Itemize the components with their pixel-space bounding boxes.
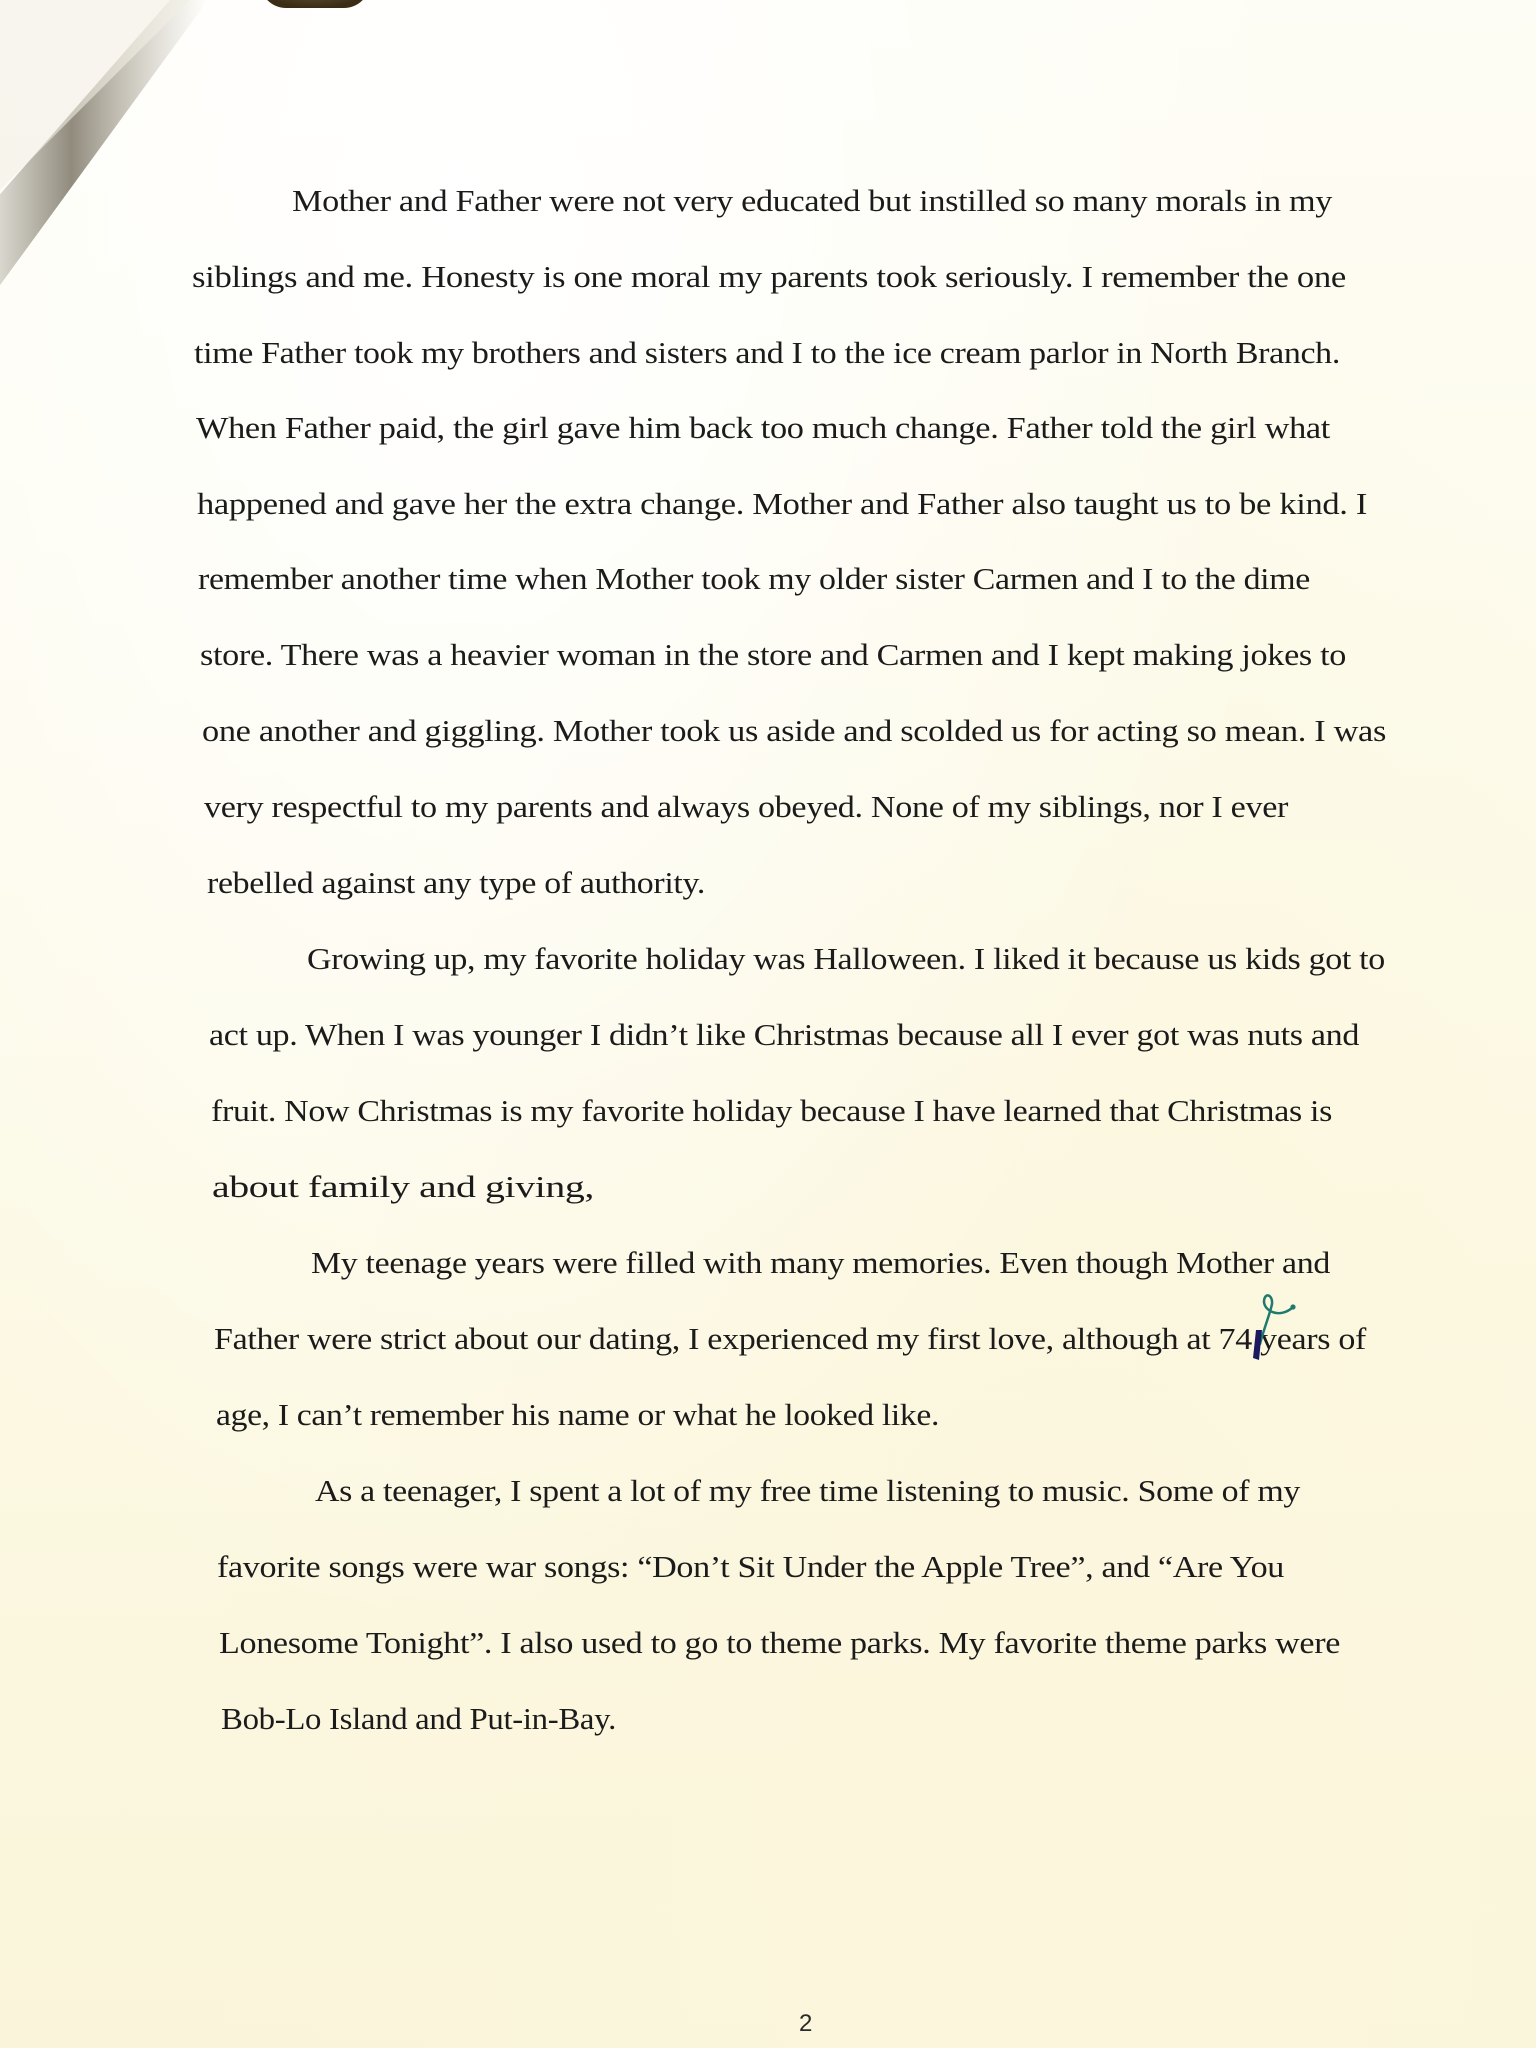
text-line: about family and giving, xyxy=(212,1170,594,1205)
text-line: Mother and Father were not very educated… xyxy=(292,184,1332,219)
text-line: act up. When I was younger I didn’t like… xyxy=(209,1018,1359,1053)
text-line: Bob-Lo Island and Put-in-Bay. xyxy=(221,1702,616,1737)
text-line: rebelled against any type of authority. xyxy=(207,866,705,901)
text-line: age, I can’t remember his name or what h… xyxy=(216,1398,939,1433)
text-line: Lonesome Tonight”. I also used to go to … xyxy=(219,1626,1340,1661)
text-line: When Father paid, the girl gave him back… xyxy=(196,411,1330,446)
text-line: very respectful to my parents and always… xyxy=(204,790,1288,825)
text-line: one another and giggling. Mother took us… xyxy=(202,714,1386,749)
text-line: time Father took my brothers and sisters… xyxy=(194,336,1340,371)
page-number: 2 xyxy=(799,2010,812,2038)
text-line: My teenage years were filled with many m… xyxy=(311,1246,1330,1281)
text-line: fruit. Now Christmas is my favorite holi… xyxy=(211,1094,1332,1129)
text-line: store. There was a heavier woman in the … xyxy=(200,638,1346,673)
text-line: remember another time when Mother took m… xyxy=(198,562,1310,597)
text-line: Growing up, my favorite holiday was Hall… xyxy=(307,942,1385,977)
text-line: happened and gave her the extra change. … xyxy=(197,487,1367,522)
text-line: Father were strict about our dating, I e… xyxy=(214,1322,1366,1357)
text-line: As a teenager, I spent a lot of my free … xyxy=(315,1474,1300,1509)
text-line: siblings and me. Honesty is one moral my… xyxy=(192,260,1346,295)
text-line: favorite songs were war songs: “Don’t Si… xyxy=(217,1550,1284,1585)
